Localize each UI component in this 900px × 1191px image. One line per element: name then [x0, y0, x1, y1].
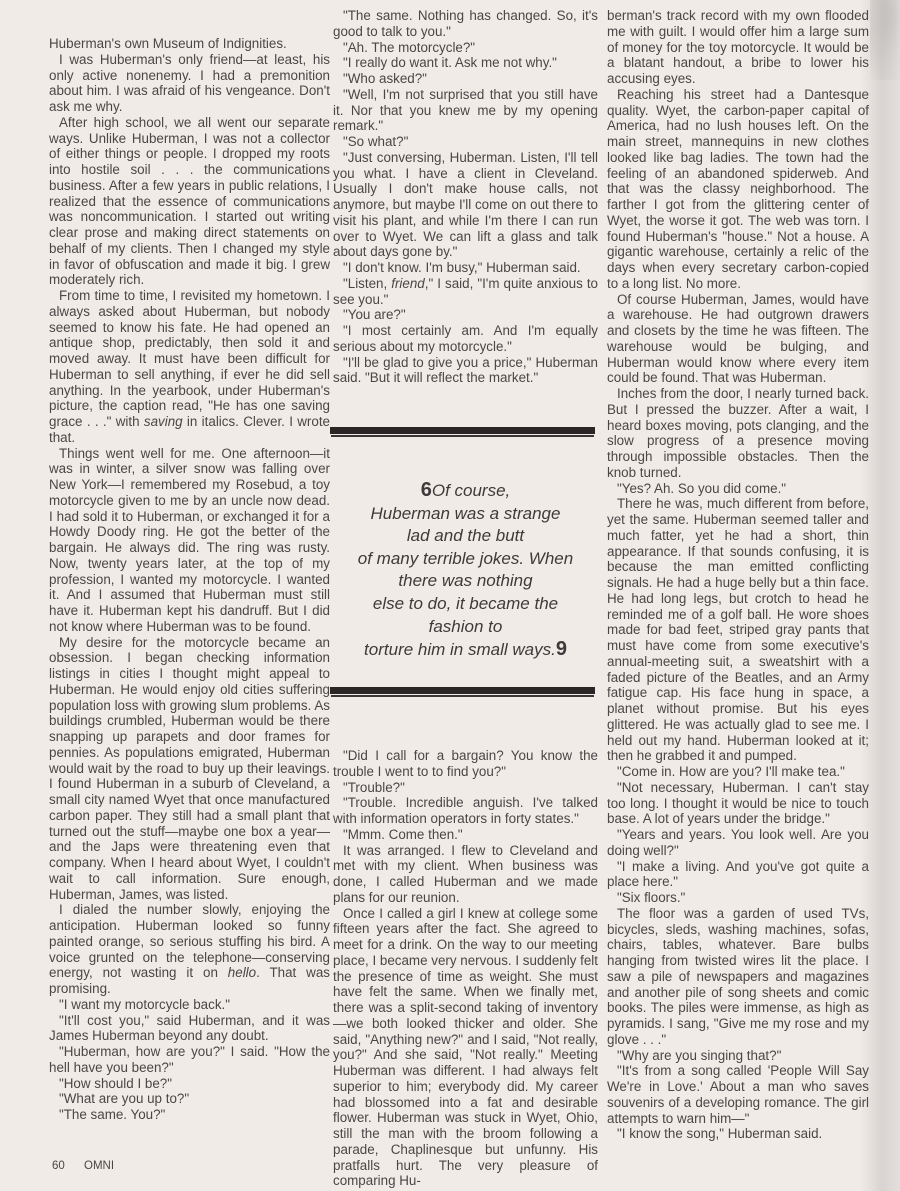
open-quote-mark-icon: 6 [421, 479, 432, 501]
dialogue-line: "It'll cost you," said Huberman, and it … [49, 1013, 330, 1045]
paragraph: There he was, much different from before… [607, 496, 869, 764]
dialogue-line: "I most certainly am. And I'm equally se… [333, 323, 598, 355]
pullquote-line: Huberman was a strange [333, 503, 598, 526]
dialogue-line: "Ah. The motorcycle?" [333, 40, 598, 56]
dialogue-line: "Yes? Ah. So you did come." [607, 481, 869, 497]
dialogue-line: "The same. You?" [49, 1107, 330, 1123]
paragraph: I dialed the number slowly, enjoying the… [49, 902, 330, 997]
paragraph: Huberman's own Museum of Indignities. [49, 36, 330, 52]
pullquote-text: torture him in small ways. [364, 640, 556, 659]
dialogue-line: "Huberman, how are you?" I said. "How th… [49, 1044, 330, 1076]
dialogue-line: "Mmm. Come then." [333, 827, 598, 843]
pullquote-text: Of course, [432, 481, 510, 500]
pullquote-line: torture him in small ways.9 [333, 638, 598, 662]
dialogue-line: "Well, I'm not surprised that you still … [333, 87, 598, 134]
paragraph: I was Huberman's only friend—at least, h… [49, 52, 330, 115]
article-column-1: Huberman's own Museum of Indignities. I … [49, 36, 330, 1123]
paragraph-text: From time to time, I revisited my hometo… [49, 288, 330, 429]
page-number: 60 [52, 1160, 65, 1172]
dialogue-line: "I'll be glad to give you a price," Hube… [333, 355, 598, 387]
paragraph: The floor was a garden of used TVs, bicy… [607, 906, 869, 1048]
paragraph: My desire for the motorcycle became an o… [49, 635, 330, 903]
pullquote-line: of many terrible jokes. When [333, 548, 598, 571]
dialogue-line: "Come in. How are you? I'll make tea." [607, 764, 869, 780]
pullquote-line: there was nothing [333, 570, 598, 593]
dialogue-line: "Trouble?" [333, 780, 598, 796]
dialogue-line: "Six floors." [607, 890, 869, 906]
dialogue-line: "I know the song," Huberman said. [607, 1126, 869, 1142]
magazine-name: OMNI [84, 1160, 114, 1172]
italic-word: saving [144, 414, 183, 429]
paragraph: Things went well for me. One afternoon—i… [49, 446, 330, 635]
paragraph-text: "Listen, [343, 276, 391, 291]
paragraph: After high school, we all went our separ… [49, 115, 330, 288]
dialogue-line: "You are?" [333, 307, 598, 323]
paragraph: berman's track record with my own floode… [607, 8, 869, 87]
pullquote-rule-top [330, 427, 595, 435]
dialogue-line: "So what?" [333, 134, 598, 150]
dialogue-line: "I really do want it. Ask me not why." [333, 55, 598, 71]
dialogue-line: "Not necessary, Huberman. I can't stay t… [607, 780, 869, 827]
pullquote-line: 6Of course, [333, 479, 598, 503]
article-column-2-continued: "Did I call for a bargain? You know the … [333, 748, 598, 1189]
dialogue-line: "How should I be?" [49, 1076, 330, 1092]
article-column-3: berman's track record with my own floode… [607, 8, 869, 1142]
paragraph: Once I called a girl I knew at college s… [333, 906, 598, 1190]
pullquote: 6Of course, Huberman was a strange lad a… [333, 479, 598, 662]
article-column-2: "The same. Nothing has changed. So, it's… [333, 8, 598, 386]
dialogue-line: "Why are you singing that?" [607, 1048, 869, 1064]
dialogue-line: "Listen, friend," I said, "I'm quite anx… [333, 276, 598, 308]
italic-word: hello [228, 965, 256, 980]
dialogue-line: "Years and years. You look well. Are you… [607, 827, 869, 859]
dialogue-line: "I don't know. I'm busy," Huberman said. [333, 260, 598, 276]
pullquote-line: lad and the butt [333, 525, 598, 548]
paragraph: Reaching his street had a Dantesque qual… [607, 87, 869, 292]
page-footer: 60 OMNI [52, 1160, 130, 1172]
page-curl-shadow [870, 0, 900, 80]
dialogue-line: "Did I call for a bargain? You know the … [333, 748, 598, 780]
dialogue-line: "What are you up to?" [49, 1091, 330, 1107]
pullquote-line: fashion to [333, 616, 598, 639]
dialogue-line: "Just conversing, Huberman. Listen, I'll… [333, 150, 598, 260]
dialogue-line: "Who asked?" [333, 71, 598, 87]
paragraph: It was arranged. I flew to Cleveland and… [333, 843, 598, 906]
dialogue-line: "I want my motorcycle back." [49, 997, 330, 1013]
close-quote-mark-icon: 9 [556, 638, 567, 660]
pullquote-line: else to do, it became the [333, 593, 598, 616]
dialogue-line: "The same. Nothing has changed. So, it's… [333, 8, 598, 40]
paragraph: Of course Huberman, James, would have a … [607, 292, 869, 387]
dialogue-line: "I make a living. And you've got quite a… [607, 859, 869, 891]
dialogue-line: "Trouble. Incredible anguish. I've talke… [333, 795, 598, 827]
dialogue-line: "It's from a song called 'People Will Sa… [607, 1063, 869, 1126]
italic-word: friend [391, 276, 425, 291]
paragraph: From time to time, I revisited my hometo… [49, 288, 330, 446]
pullquote-rule-bottom [330, 687, 595, 695]
paragraph: Inches from the door, I nearly turned ba… [607, 386, 869, 481]
